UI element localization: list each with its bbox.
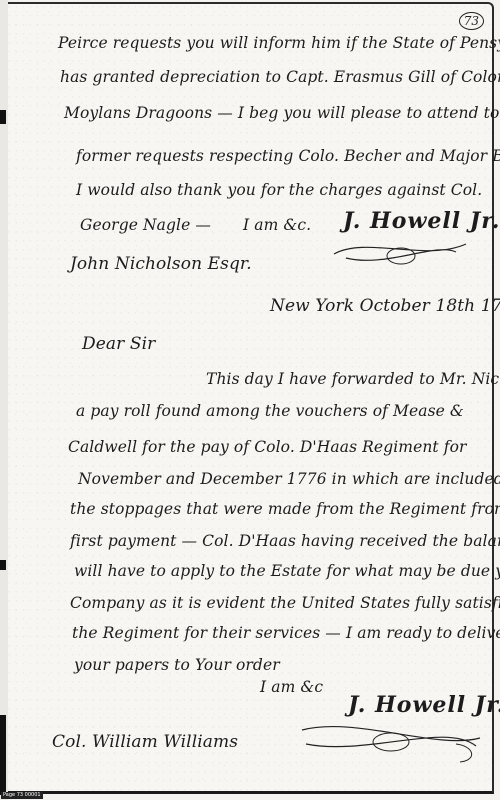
letter2-closing: I am &c [260, 678, 323, 696]
letter2-line-7: will have to apply to the Estate for wha… [74, 562, 500, 580]
letter2-signature: J. Howell Jr. [348, 692, 500, 718]
letter2-line-4: November and December 1776 in which are … [78, 470, 500, 488]
letter1-line-6: George Nagle — [80, 216, 211, 234]
letter1-addressee: John Nicholson Esqr. [70, 254, 252, 274]
letter1-signature: J. Howell Jr. [343, 208, 500, 234]
letter1-line-2: has granted depreciation to Capt. Erasmu… [60, 68, 500, 86]
scan-artifact [0, 715, 6, 795]
page-number: 73 [459, 12, 484, 30]
letter2-addressee: Col. William Williams [52, 732, 238, 752]
letter2-line-1: This day I have forwarded to Mr. Nichols… [206, 370, 500, 388]
letter2-line-2: a pay roll found among the vouchers of M… [76, 402, 464, 420]
letter2-salutation: Dear Sir [82, 334, 155, 354]
scan-artifact [0, 560, 6, 570]
letter2-line-3: Caldwell for the pay of Colo. D'Haas Reg… [68, 438, 467, 456]
letter2-line-9: the Regiment for their services — I am r… [72, 624, 500, 642]
letter2-line-8: Company as it is evident the United Stat… [70, 594, 500, 612]
letter2-dateline: New York October 18th 1786 [270, 296, 500, 316]
letter2-line-6: first payment — Col. D'Haas having recei… [70, 532, 500, 550]
letter1-closing: I am &c. [243, 216, 311, 234]
manuscript-page: 73 Peirce requests you will inform him i… [8, 2, 494, 794]
letter1-line-4: former requests respecting Colo. Becher … [76, 147, 500, 165]
letter2-line-10: your papers to Your order [74, 656, 280, 674]
scan-artifact [0, 110, 6, 124]
scan-page-label: Page 73 00001 [1, 792, 43, 799]
letter1-line-5: I would also thank you for the charges a… [76, 181, 482, 199]
letter2-line-5: the stoppages that were made from the Re… [70, 500, 500, 518]
scan-left-margin [0, 0, 8, 800]
signature-flourish [326, 232, 476, 272]
signature-flourish [296, 716, 486, 766]
letter1-line-3: Moylans Dragoons — I beg you will please… [64, 104, 500, 122]
letter2-line-4-text: November and December 1776 in which are … [78, 470, 500, 488]
letter1-line-1: Peirce requests you will inform him if t… [58, 34, 500, 52]
